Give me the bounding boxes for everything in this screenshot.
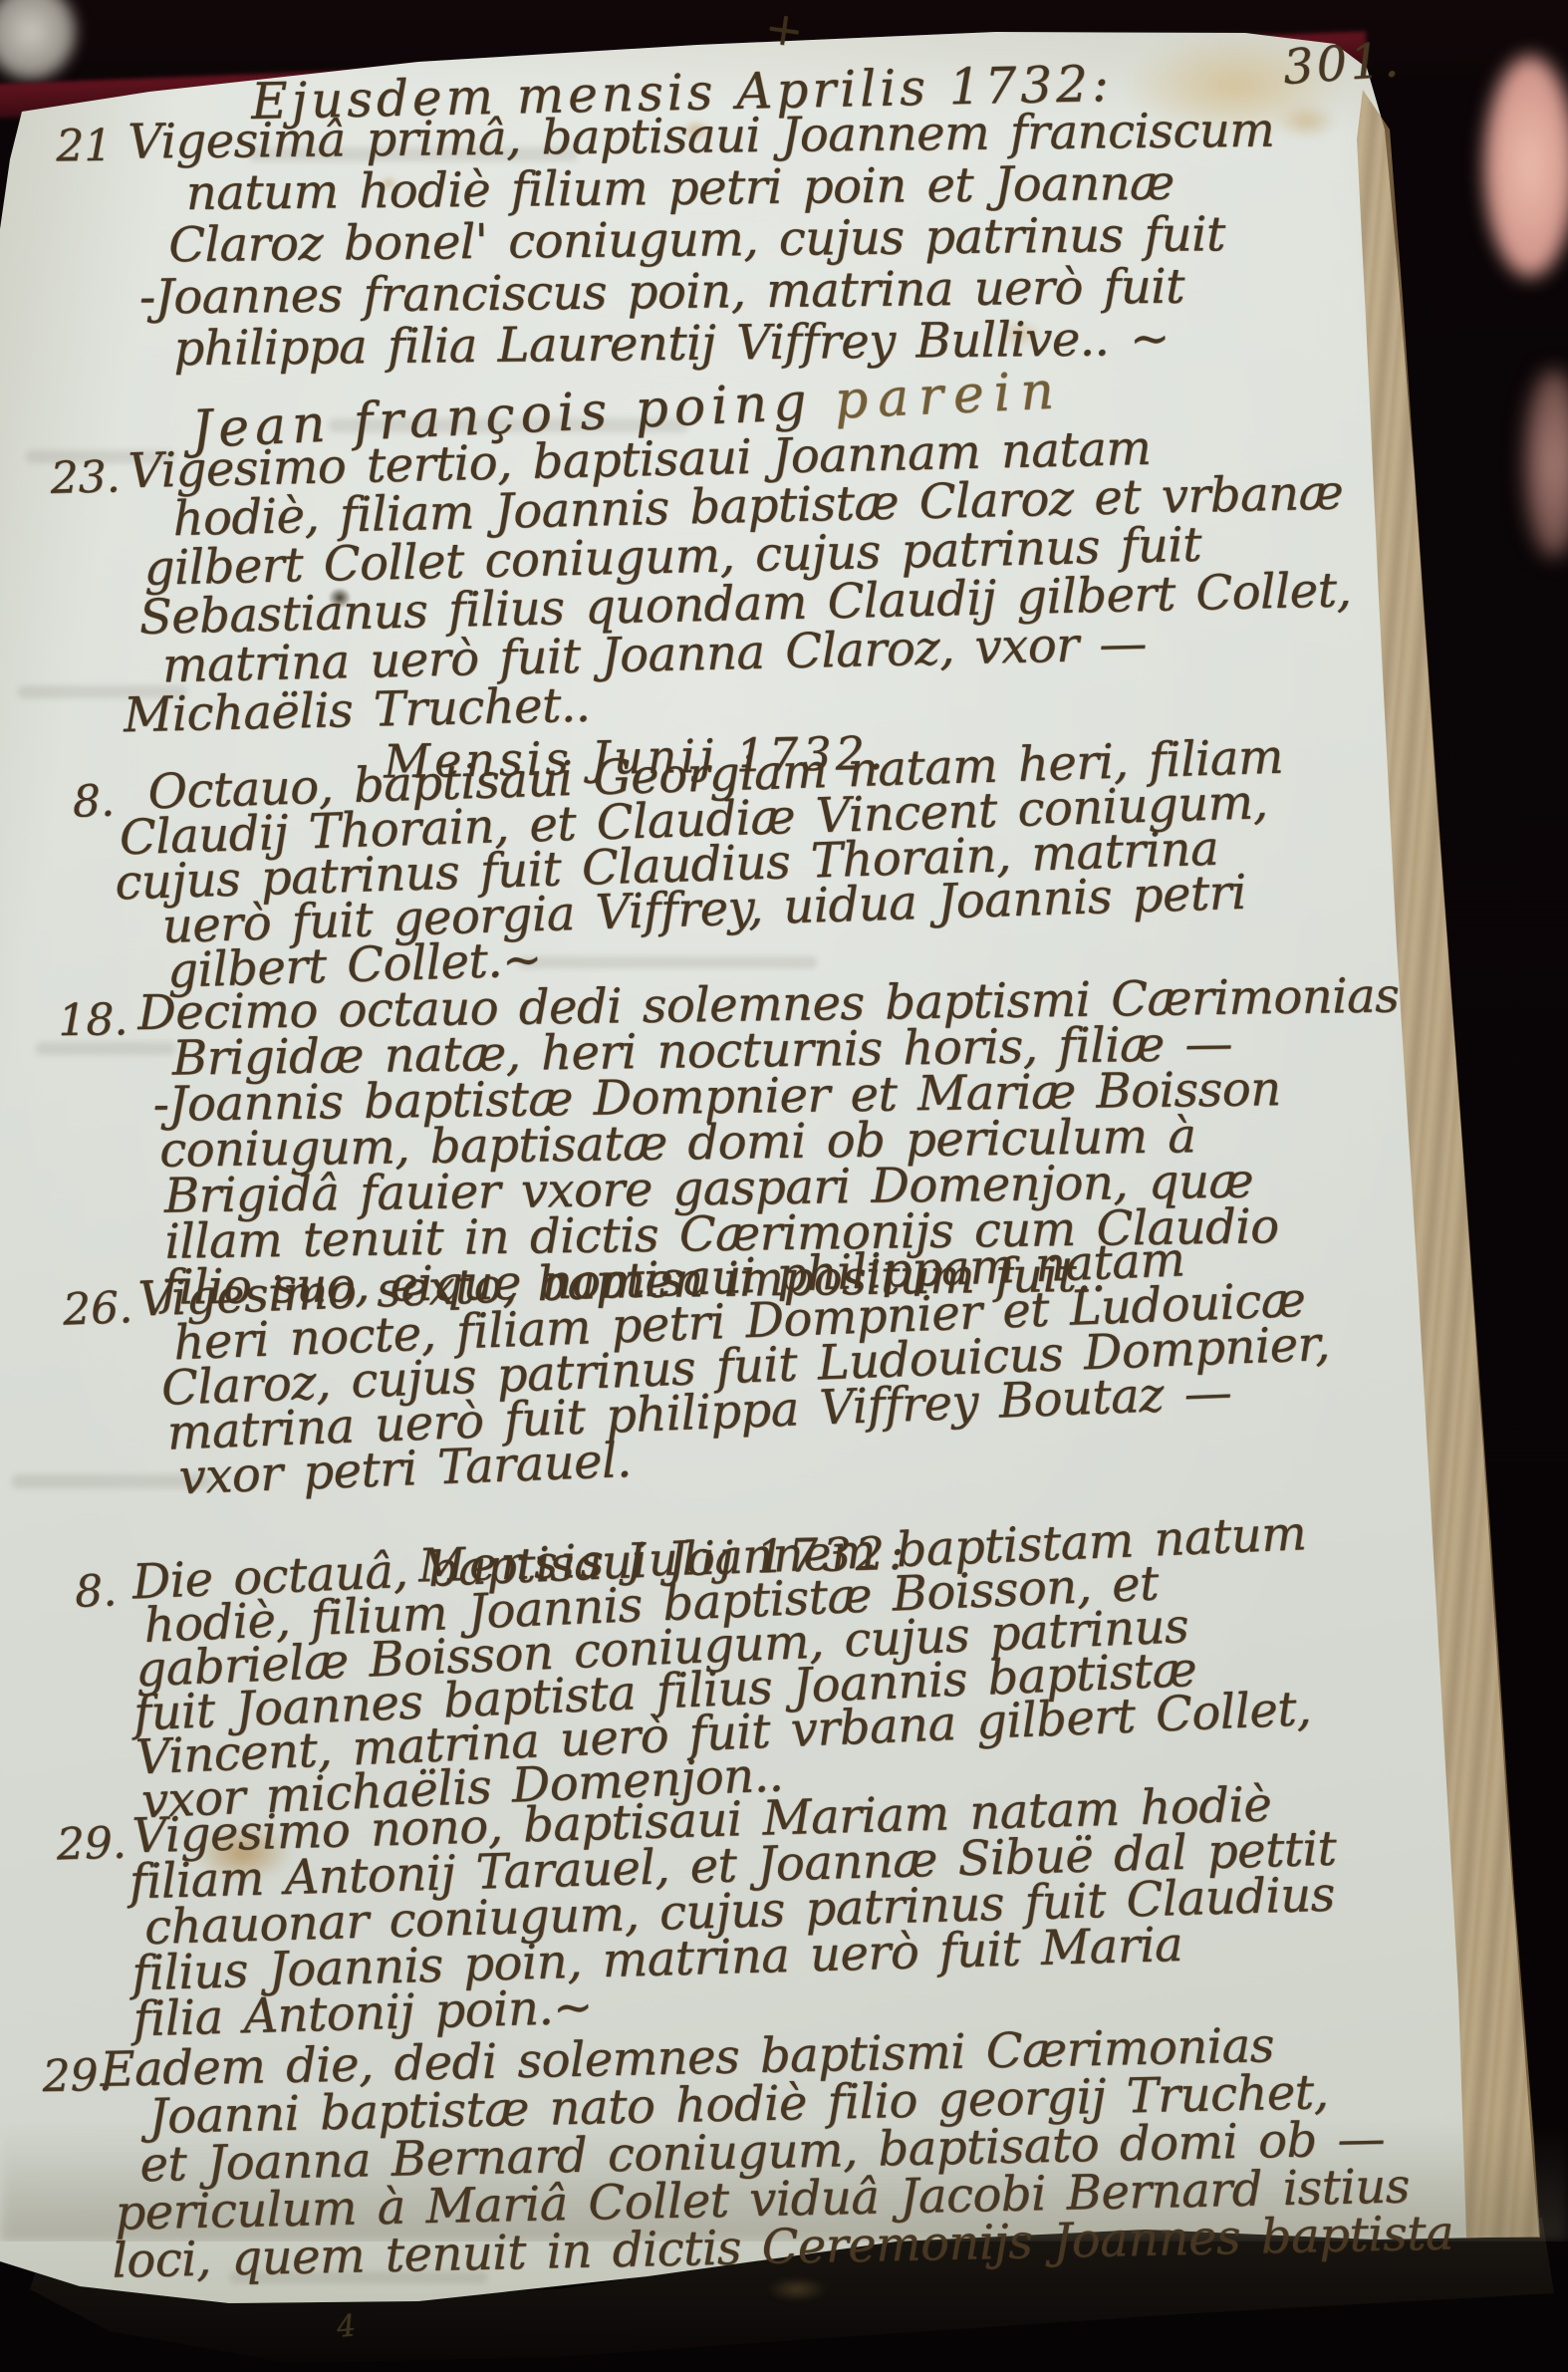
baptism-entry-21: 21 Vigesimâ primâ, baptisaui Joannem fra… — [0, 102, 1537, 377]
background-blur-blob — [0, 0, 76, 80]
page-number: 301. — [1281, 32, 1403, 96]
baptism-entry-29-second: 29. Eadem die, dedi solemnes baptismi Cæ… — [0, 2016, 1539, 2287]
manuscript-photo: + 301. Ejusdem mensis Aprilis 1732: 21 V… — [0, 0, 1568, 2372]
entry-number: 18. — [58, 994, 129, 1046]
bottom-margin-mark: 4 — [335, 2308, 358, 2345]
entry-number: 23. — [50, 451, 121, 504]
baptism-entry-29-first: 29. Vigesimo nono, baptisaui Mariam nata… — [0, 1774, 1540, 2046]
signature-role: parein — [833, 361, 1065, 430]
entry-number: 21 — [56, 121, 113, 172]
entry-number: 29. — [56, 1817, 127, 1870]
cross-mark: + — [761, 0, 807, 58]
entry-number: 26. — [62, 1282, 133, 1336]
entry-number: 29. — [42, 2050, 113, 2102]
baptism-entry-23: 23. Vigesimo tertio, baptisaui Joannam n… — [0, 415, 1540, 743]
paper-stain — [767, 2277, 827, 2301]
entry-number: 8. — [74, 1565, 118, 1618]
entry-number: 8. — [72, 775, 116, 827]
